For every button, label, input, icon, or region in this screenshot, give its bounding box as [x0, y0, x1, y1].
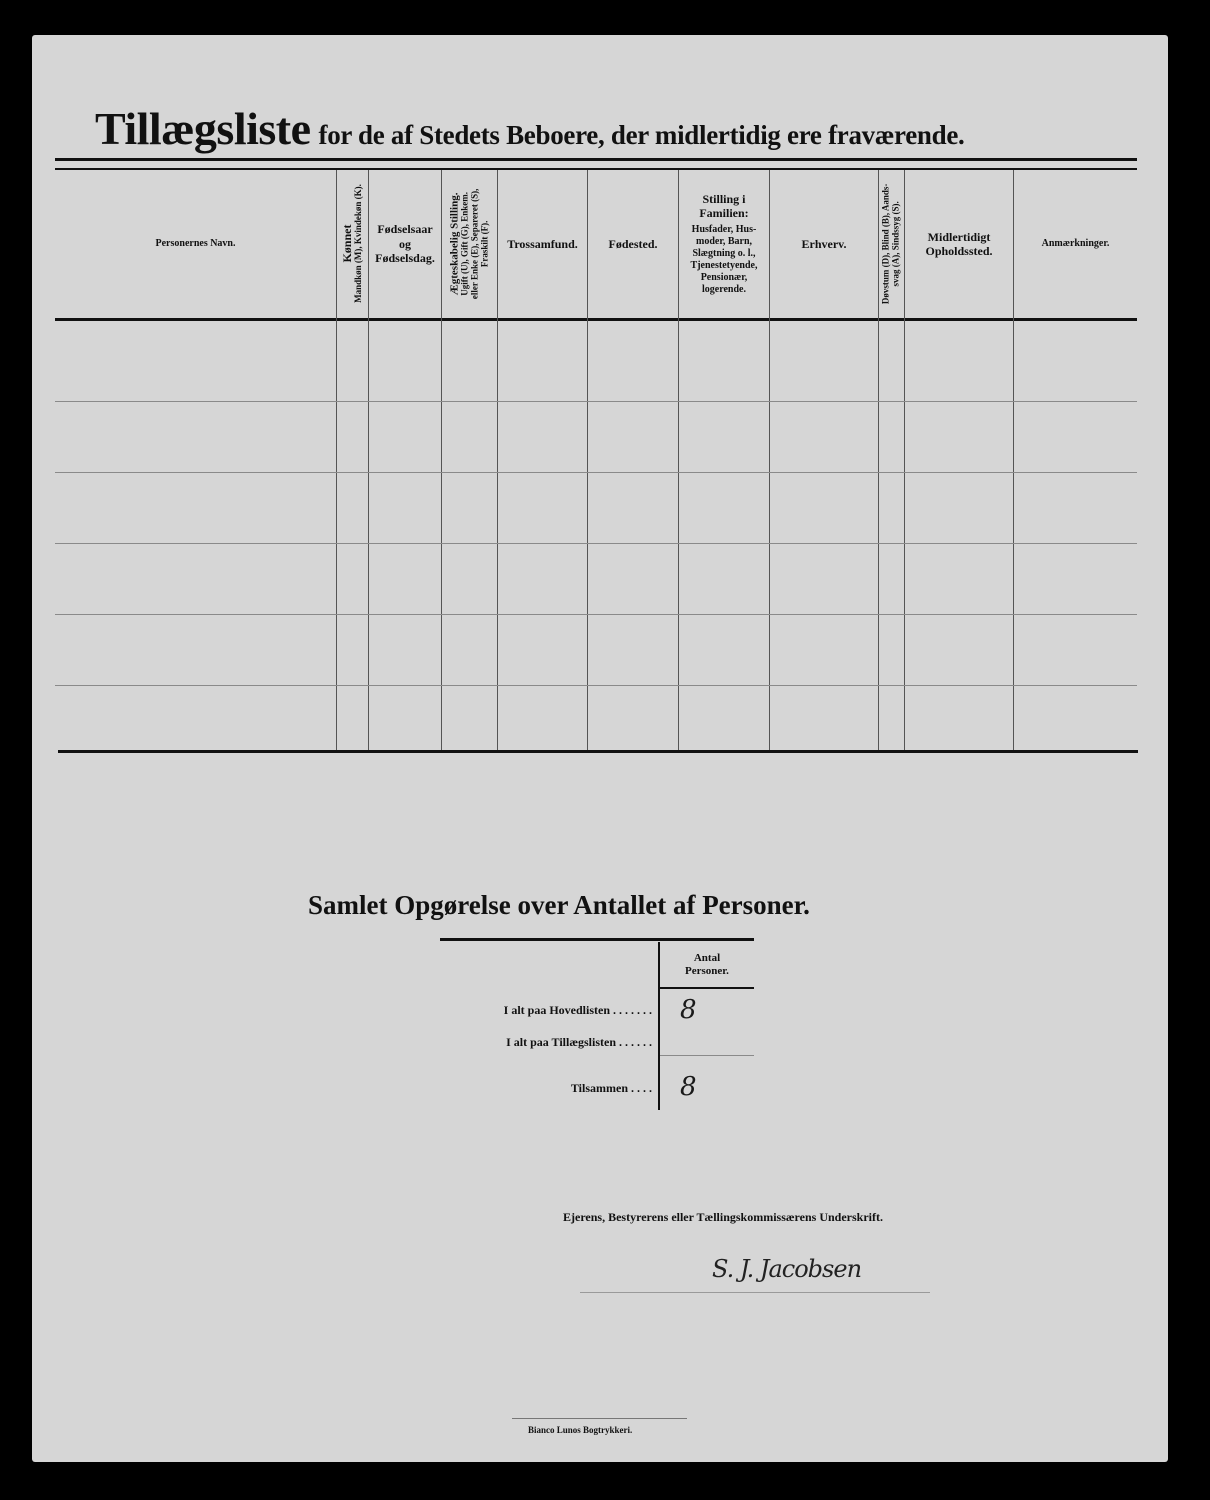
summary-row-label-tillaegslisten: I alt paa Tillægslisten . . . . . . — [506, 1035, 652, 1050]
column-header-opholdssted: Midlertidigt Opholdssted. — [905, 170, 1013, 318]
column-header-label: Fødselsaar — [377, 222, 432, 236]
column-header-sublabel: Fraskilt (F). — [481, 189, 491, 299]
summary-divider-vertical — [658, 942, 660, 1110]
column-header-label: Opholdssted. — [925, 244, 992, 258]
column-header-sublabel: Slægtning o. l., — [692, 248, 755, 260]
row-divider — [55, 685, 1137, 686]
signature-value: S. J. Jacobsen — [712, 1255, 861, 1283]
summary-title: Samlet Opgørelse over Antallet af Person… — [308, 890, 810, 921]
summary-column-header: Antal Personer. — [662, 945, 752, 985]
column-header-label: Midlertidigt — [928, 230, 991, 244]
column-header-stilling: Stilling i Familien: Husfader, Hus- mode… — [679, 170, 769, 318]
column-header-sublabel: logerende. — [702, 284, 746, 296]
table-bottom-rule — [58, 750, 1138, 753]
summary-value-tilsammen: 8 — [680, 1072, 697, 1102]
printer-imprint: Bianco Lunos Bogtrykkeri. — [528, 1425, 632, 1435]
row-divider — [55, 543, 1137, 544]
column-header-label: Personernes Navn. — [156, 238, 236, 250]
summary-value-hovedlisten: 8 — [680, 995, 697, 1025]
summary-column-header-label: Personer. — [685, 965, 729, 978]
signature-line — [580, 1292, 930, 1293]
column-header-navn: Personernes Navn. — [55, 170, 336, 318]
column-header-trossamfund: Trossamfund. — [498, 170, 587, 318]
column-header-aegteskab: Ægteskabelig Stilling. Ugift (U), Gift (… — [442, 170, 497, 318]
column-header-kjonnet: Kønnet Mandkøn (M), Kvindekøn (K). — [337, 170, 368, 318]
summary-header-rule — [660, 987, 754, 989]
column-header-dovstum: Døvstum (D), Blind (B), Aands- svag (A),… — [879, 170, 904, 318]
summary-row-label-tilsammen: Tilsammen . . . . — [571, 1081, 652, 1096]
column-header-fodselsaar: Fødselsaar og Fødselsdag. — [369, 170, 441, 318]
column-header-sublabel: Mandkøn (M), Kvindekøn (K). — [354, 185, 364, 304]
column-header-label: Familien: — [699, 206, 748, 220]
column-header-sublabel: Pensionær, — [701, 272, 748, 284]
form-title-rest: for de af Stedets Beboere, der midlertid… — [319, 120, 822, 150]
column-header-label: Trossamfund. — [507, 237, 578, 251]
row-divider — [55, 472, 1137, 473]
column-header-sublabel: moder, Barn, — [696, 236, 752, 248]
column-header-sublabel: Husfader, Hus- — [692, 224, 757, 236]
rotated-label: Døvstum (D), Blind (B), Aands- svag (A),… — [882, 184, 902, 305]
summary-row-label-hovedlisten: I alt paa Hovedlisten . . . . . . . — [504, 1003, 652, 1018]
column-header-label: Erhverv. — [802, 237, 847, 251]
form-title: Tillægslistefor de af Stedets Beboere, d… — [95, 102, 964, 155]
row-divider — [55, 401, 1137, 402]
table-top-rule — [55, 158, 1137, 161]
printer-rule — [512, 1418, 687, 1419]
column-header-label: og — [399, 237, 411, 251]
column-header-erhverv: Erhverv. — [770, 170, 878, 318]
column-header-label: Stilling i — [702, 192, 745, 206]
column-header-label: svag (A), Sindssyg (S). — [892, 184, 902, 305]
form-title-emphasis: fraværende. — [828, 120, 964, 150]
rotated-label: Ægteskabelig Stilling. Ugift (U), Gift (… — [449, 189, 491, 299]
row-divider — [55, 614, 1137, 615]
summary-subtotal-rule — [660, 1055, 754, 1056]
column-header-label: Fødselsdag. — [375, 251, 435, 265]
rotated-label: Kønnet Mandkøn (M), Kvindekøn (K). — [341, 185, 364, 304]
column-header-label: Fødested. — [609, 237, 658, 251]
signature-label: Ejerens, Bestyrerens eller Tællingskommi… — [563, 1210, 883, 1225]
column-header-fodested: Fødested. — [588, 170, 678, 318]
form-title-subtitle: for de af Stedets Beboere, der midlertid… — [319, 120, 965, 150]
column-header-sublabel: Tjenestetyende, — [691, 260, 758, 272]
header-bottom-rule — [55, 318, 1137, 321]
summary-column-header-label: Antal — [694, 952, 720, 965]
summary-top-rule — [440, 938, 754, 941]
column-header-anmaerkninger: Anmærkninger. — [1014, 170, 1137, 318]
column-header-label: Anmærkninger. — [1042, 238, 1110, 250]
form-title-main: Tillægsliste — [95, 103, 311, 154]
